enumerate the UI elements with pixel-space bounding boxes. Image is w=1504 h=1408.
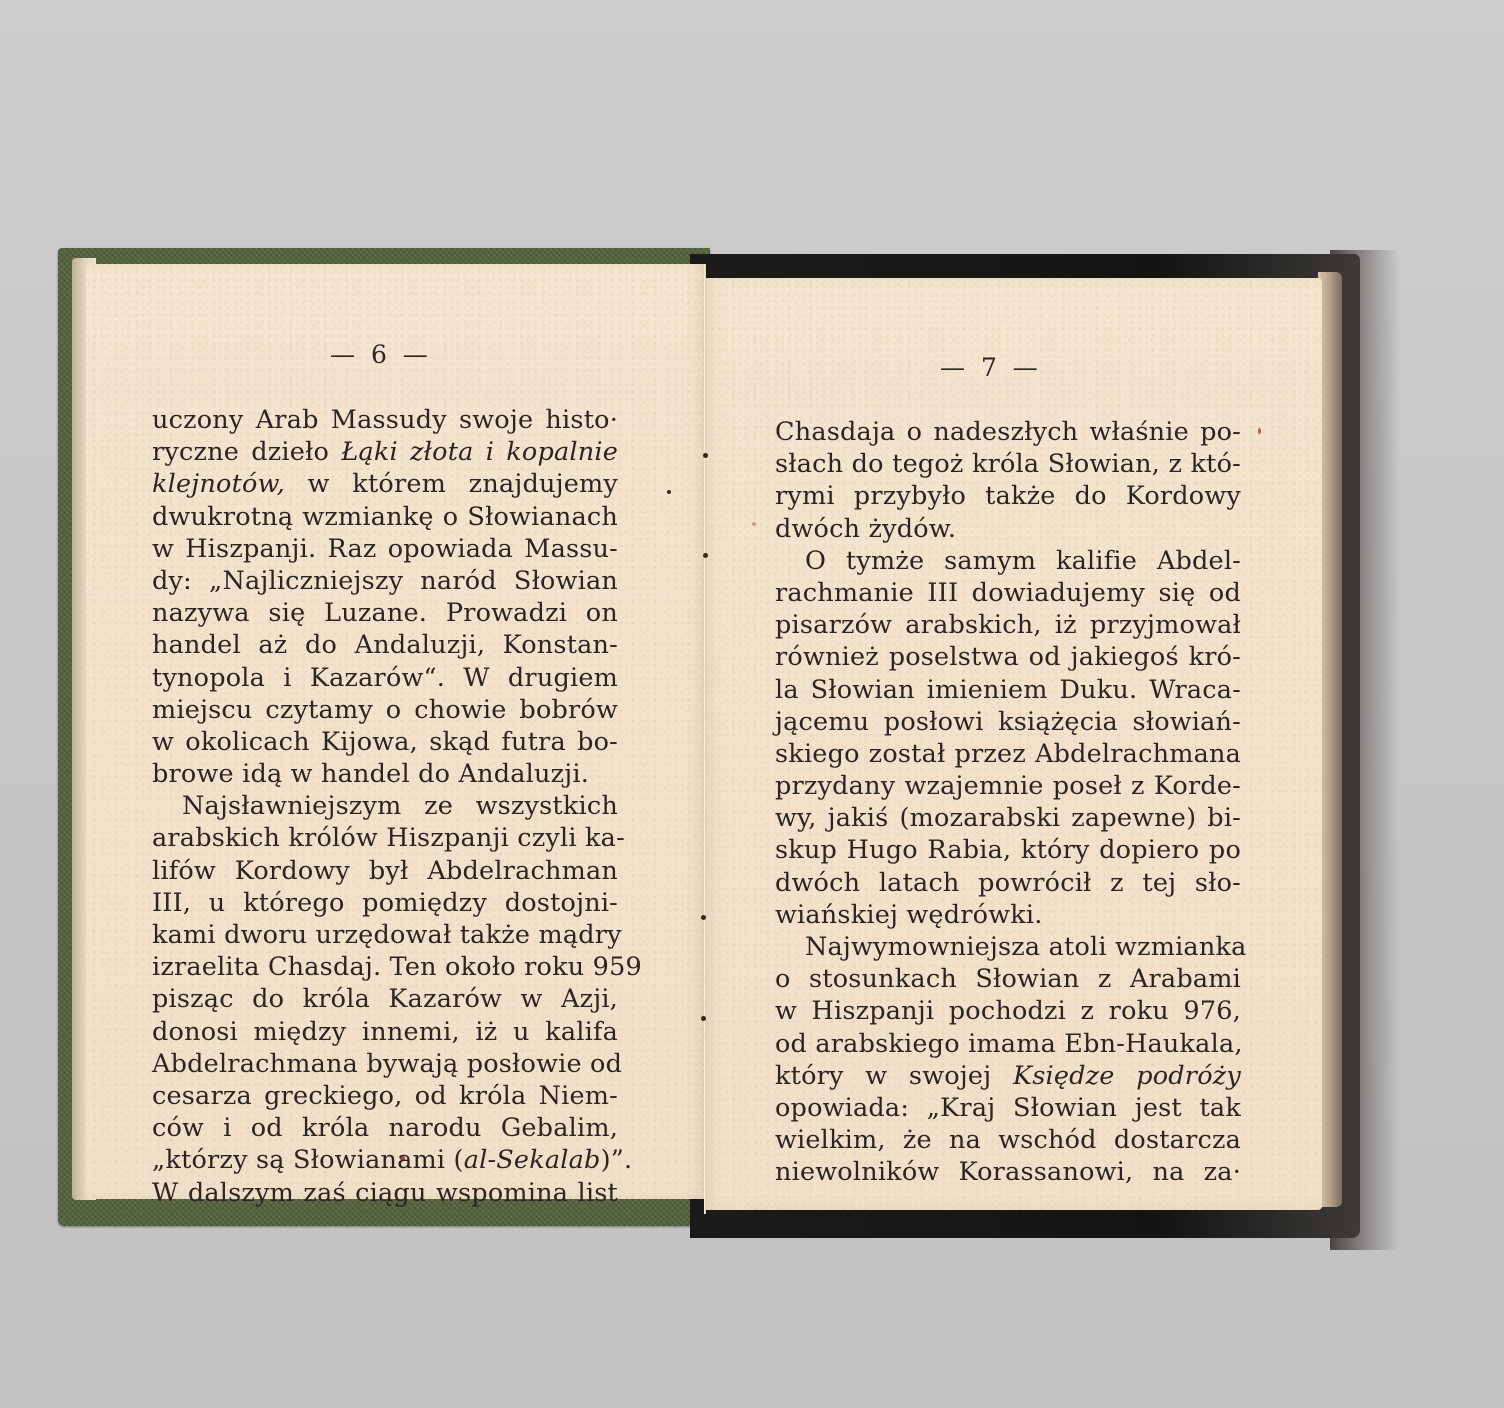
- text-line: od arabskiego imama Ebn-Haukala,: [775, 1028, 1241, 1060]
- text-line: klejnotów, w którem znajdujemy: [152, 468, 618, 500]
- text-line: lifów Kordowy był Abdelrachman: [152, 855, 618, 887]
- book-title-italic: Księdze podróży: [1013, 1061, 1241, 1091]
- text-line: który w swojej Księdze podróży: [775, 1060, 1241, 1092]
- text-run: „którzy są Słowianami (: [152, 1145, 464, 1175]
- text-line: W dalszym zaś ciągu wspomina list: [152, 1177, 618, 1209]
- text-line: w Hiszpanji. Raz opowiada Massu-: [152, 533, 618, 565]
- text-line: pisarzów arabskich, iż przyjmował: [775, 609, 1241, 641]
- page-number-7: — 7 —: [940, 353, 1042, 382]
- text-line: skup Hugo Rabia, który dopiero po: [775, 834, 1241, 866]
- text-line: w Hiszpanji pochodzi z roku 976,: [775, 995, 1241, 1027]
- text-line: dwóch latach powrócił z tej sło-: [775, 867, 1241, 899]
- text-line: la Słowian imieniem Duku. Wraca-: [775, 674, 1241, 706]
- text-run: który w swojej: [775, 1061, 1013, 1091]
- text-line: dwóch żydów.: [775, 513, 1241, 545]
- book-title-italic: klejnotów,: [152, 469, 285, 499]
- paper-speck: [1258, 428, 1261, 434]
- text-line: uczony Arab Massudy swoje histo·: [152, 404, 618, 436]
- text-line: Abdelrachmana bywają posłowie od: [152, 1048, 618, 1080]
- text-line: dy: „Najliczniejszy naród Słowian: [152, 565, 618, 597]
- left-page-text: uczony Arab Massudy swoje histo· ryczne …: [152, 404, 618, 1209]
- text-line: również poselstwa od jakiegoś kró-: [775, 641, 1241, 673]
- text-line: o stosunkach Słowian z Arabami: [775, 963, 1241, 995]
- right-page-text: Chasdaja o nadeszłych właśnie po- słach …: [775, 416, 1241, 1189]
- text-line: ców i od króla narodu Gebalim,: [152, 1112, 618, 1144]
- book-gutter: [704, 264, 706, 1214]
- text-line: browe idą w handel do Andaluzji.: [152, 758, 618, 790]
- text-line: słach do tegoż króla Słowian, z któ-: [775, 448, 1241, 480]
- text-line: miejscu czytamy o chowie bobrów: [152, 694, 618, 726]
- text-line: nazywa się Luzane. Prowadzi on: [152, 597, 618, 629]
- book-title-italic: Łąki złota i kopalnie: [341, 437, 618, 467]
- text-line: Najwymowniejsza atoli wzmianka: [775, 931, 1241, 963]
- text-line: Chasdaja o nadeszłych właśnie po-: [775, 416, 1241, 448]
- text-run: w którem znajdujemy: [285, 469, 618, 499]
- text-line: Najsławniejszym ze wszystkich: [152, 790, 618, 822]
- paper-speck: [667, 490, 671, 494]
- text-line: pisząc do króla Kazarów w Azji,: [152, 983, 618, 1015]
- text-line: jącemu posłowi książęcia słowiań-: [775, 706, 1241, 738]
- text-run: ryczne dzieło: [152, 437, 341, 467]
- text-line: niewolników Korassanowi, na za·: [775, 1156, 1241, 1188]
- text-line: III, u którego pomiędzy dostojni-: [152, 887, 618, 919]
- text-line: cesarza greckiego, od króla Niem-: [152, 1080, 618, 1112]
- text-line: tynopola i Kazarów“. W drugiem: [152, 662, 618, 694]
- text-line: izraelita Chasdaj. Ten około roku 959: [152, 951, 618, 983]
- stitch-hole: [701, 915, 706, 920]
- term-italic: al-Sekalab: [464, 1145, 601, 1175]
- text-line: wielkim, że na wschód dostarcza: [775, 1124, 1241, 1156]
- stitch-hole: [703, 453, 708, 458]
- text-line: O tymże samym kalifie Abdel-: [775, 545, 1241, 577]
- text-line: skiego został przez Abdelrachmana: [775, 738, 1241, 770]
- text-line: handel aż do Andaluzji, Konstan-: [152, 629, 618, 661]
- text-line: w okolicach Kijowa, skąd futra bo-: [152, 726, 618, 758]
- text-line: wy, jakiś (mozarabski zapewne) bi-: [775, 802, 1241, 834]
- text-line: rymi przybyło także do Kordowy: [775, 480, 1241, 512]
- text-line: „którzy są Słowianami (al-Sekalab)”.: [152, 1144, 618, 1176]
- text-line: wiańskiej wędrówki.: [775, 899, 1241, 931]
- page-number-6: — 6 —: [330, 340, 432, 369]
- stitch-hole: [703, 553, 708, 558]
- text-line: ryczne dzieło Łąki złota i kopalnie: [152, 436, 618, 468]
- text-line: rachmanie III dowiadujemy się od: [775, 577, 1241, 609]
- text-line: dwukrotną wzmiankę o Słowianach: [152, 501, 618, 533]
- text-line: arabskich królów Hiszpanji czyli ka-: [152, 822, 618, 854]
- stitch-hole: [701, 1016, 706, 1021]
- text-line: przydany wzajemnie poseł z Korde-: [775, 770, 1241, 802]
- text-line: opowiada: „Kraj Słowian jest tak: [775, 1092, 1241, 1124]
- paper-speck: [752, 522, 756, 526]
- text-run: )”.: [601, 1145, 633, 1175]
- text-line: kami dworu urzędował także mądry: [152, 919, 618, 951]
- text-line: donosi między innemi, iż u kalifa: [152, 1016, 618, 1048]
